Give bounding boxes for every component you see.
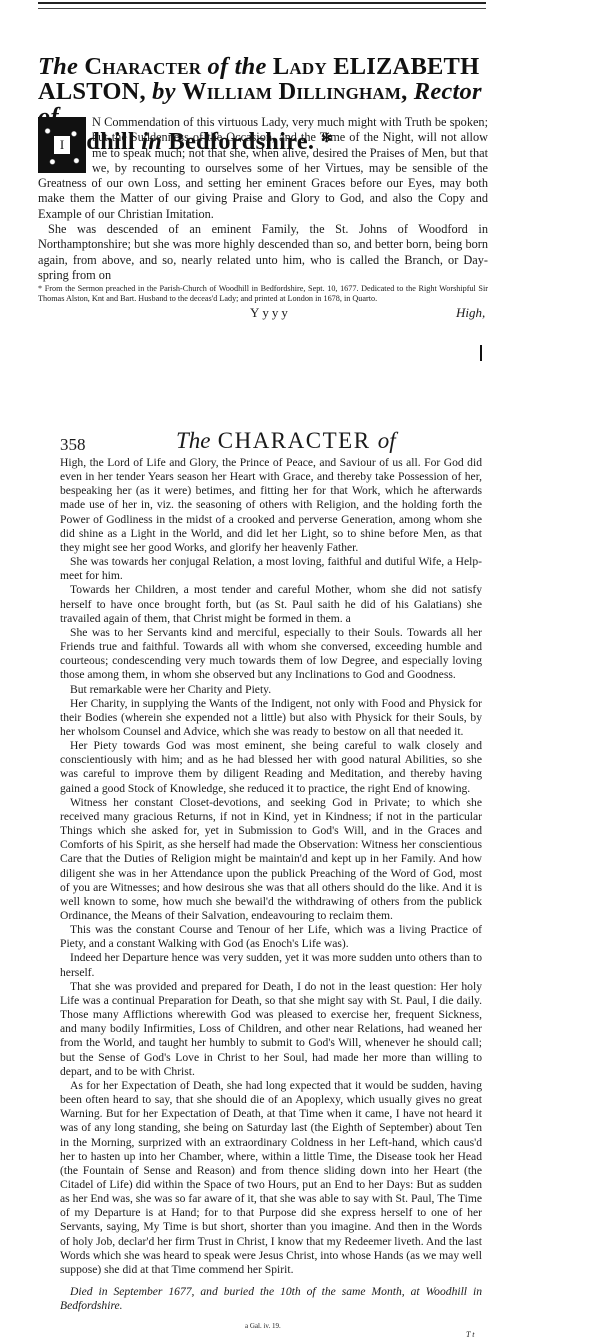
paragraph: Witness her constant Closet-devotions, a… (60, 796, 482, 923)
paragraph: This was the constant Course and Tenour … (60, 923, 482, 951)
paragraph: Her Piety towards God was most eminent, … (60, 739, 482, 796)
paragraph: That she was provided and prepared for D… (60, 980, 482, 1079)
running-head: The CHARACTER of (176, 428, 396, 454)
body-text-page1: I N Commendation of this virtuous Lady, … (38, 115, 488, 283)
paragraph: She was descended of an eminent Family, … (38, 222, 488, 283)
running-head-the: The (176, 428, 211, 453)
paragraph: As for her Expectation of Death, she had… (60, 1079, 482, 1277)
footnote: a Gal. iv. 19. (245, 1322, 281, 1330)
title-author: William Dillingham, (182, 78, 407, 105)
decorative-initial-icon: I (38, 117, 86, 173)
body-text-page2: High, the Lord of Life and Glory, the Pr… (60, 456, 482, 1313)
paragraph: Towards her Children, a most tender and … (60, 583, 482, 625)
catchword: T t (466, 1330, 475, 1339)
paragraph: She was towards her conjugal Relation, a… (60, 555, 482, 583)
title-the: The (38, 53, 78, 80)
title-lady: Lady (273, 53, 327, 80)
initial-letter: I (53, 135, 71, 155)
page-number: 358 (60, 435, 86, 455)
paragraph: But remarkable were her Charity and Piet… (60, 683, 482, 697)
title-by: by (152, 78, 176, 105)
margin-mark (480, 345, 482, 361)
paragraph: N Commendation of this virtuous Lady, ve… (38, 115, 488, 222)
page-357: The Character of the Lady ELIZABETH ALST… (0, 0, 610, 330)
running-head-of: of (378, 428, 396, 453)
paragraph: Indeed her Departure hence was very sudd… (60, 951, 482, 979)
closing-note: Died in September 1677, and buried the 1… (60, 1285, 482, 1313)
paragraph: She was to her Servants kind and mercifu… (60, 626, 482, 683)
running-head-character: CHARACTER (218, 428, 371, 453)
title-of-the: of the (208, 53, 267, 80)
paragraph: Her Charity, in supplying the Wants of t… (60, 697, 482, 739)
title-character: Character (84, 53, 201, 80)
paragraph: High, the Lord of Life and Glory, the Pr… (60, 456, 482, 555)
signature-mark: Yyyy (250, 305, 291, 321)
catchword: High, (456, 305, 485, 321)
footnote: * From the Sermon preached in the Parish… (38, 284, 488, 304)
